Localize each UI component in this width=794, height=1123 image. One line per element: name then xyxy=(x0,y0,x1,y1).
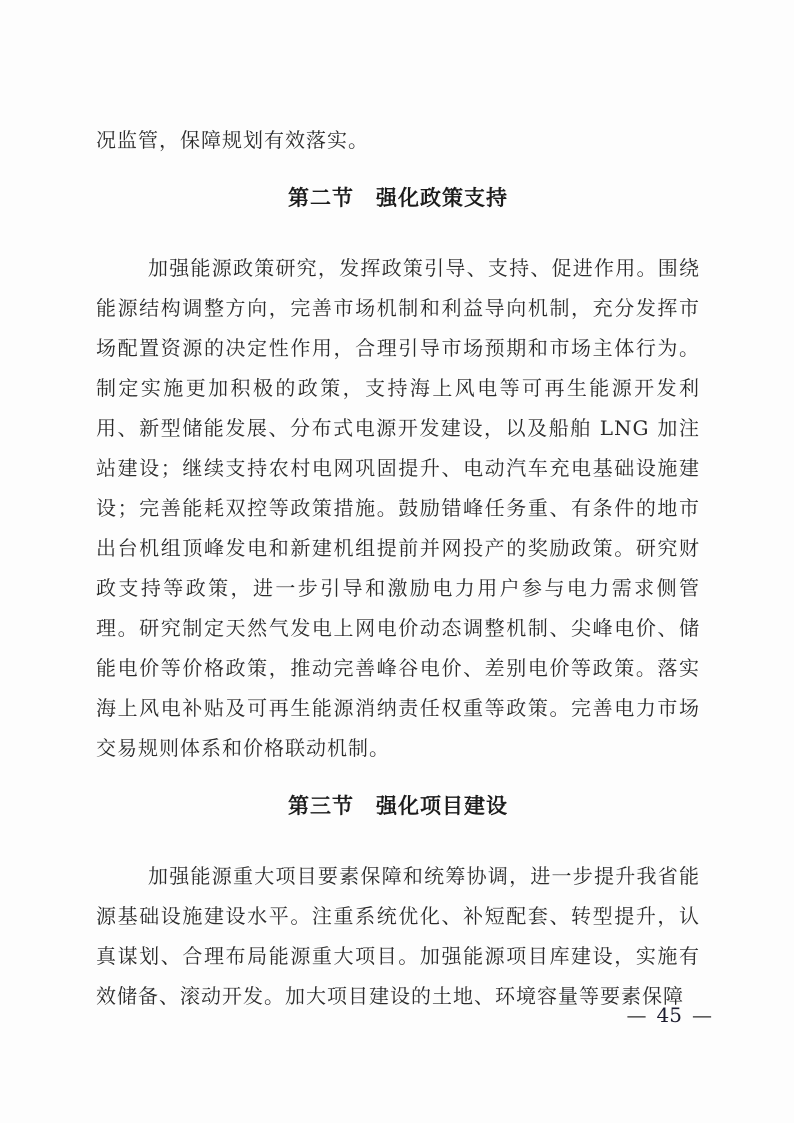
page-number-dash-right: — xyxy=(692,1000,712,1030)
section-3-paragraph: 加强能源重大项目要素保障和统筹协调，进一步提升我省能源基础设施建设水平。注重系统… xyxy=(96,856,700,1016)
page-number-dash-left: — xyxy=(627,1000,647,1030)
section-2-paragraph: 加强能源政策研究，发挥政策引导、支持、促进作用。围绕能源结构调整方向，完善市场机… xyxy=(96,248,700,768)
document-page: 况监管，保障规划有效落实。 第二节 强化政策支持 加强能源政策研究，发挥政策引导… xyxy=(0,0,794,1123)
document-content: 况监管，保障规划有效落实。 第二节 强化政策支持 加强能源政策研究，发挥政策引导… xyxy=(96,120,700,1016)
section-heading-2: 第二节 强化政策支持 xyxy=(96,178,700,218)
section-heading-3: 第三节 强化项目建设 xyxy=(96,786,700,826)
page-number: —45— xyxy=(617,1000,722,1030)
page-number-value: 45 xyxy=(657,1003,682,1027)
paragraph-continuation: 况监管，保障规划有效落实。 xyxy=(96,120,700,160)
